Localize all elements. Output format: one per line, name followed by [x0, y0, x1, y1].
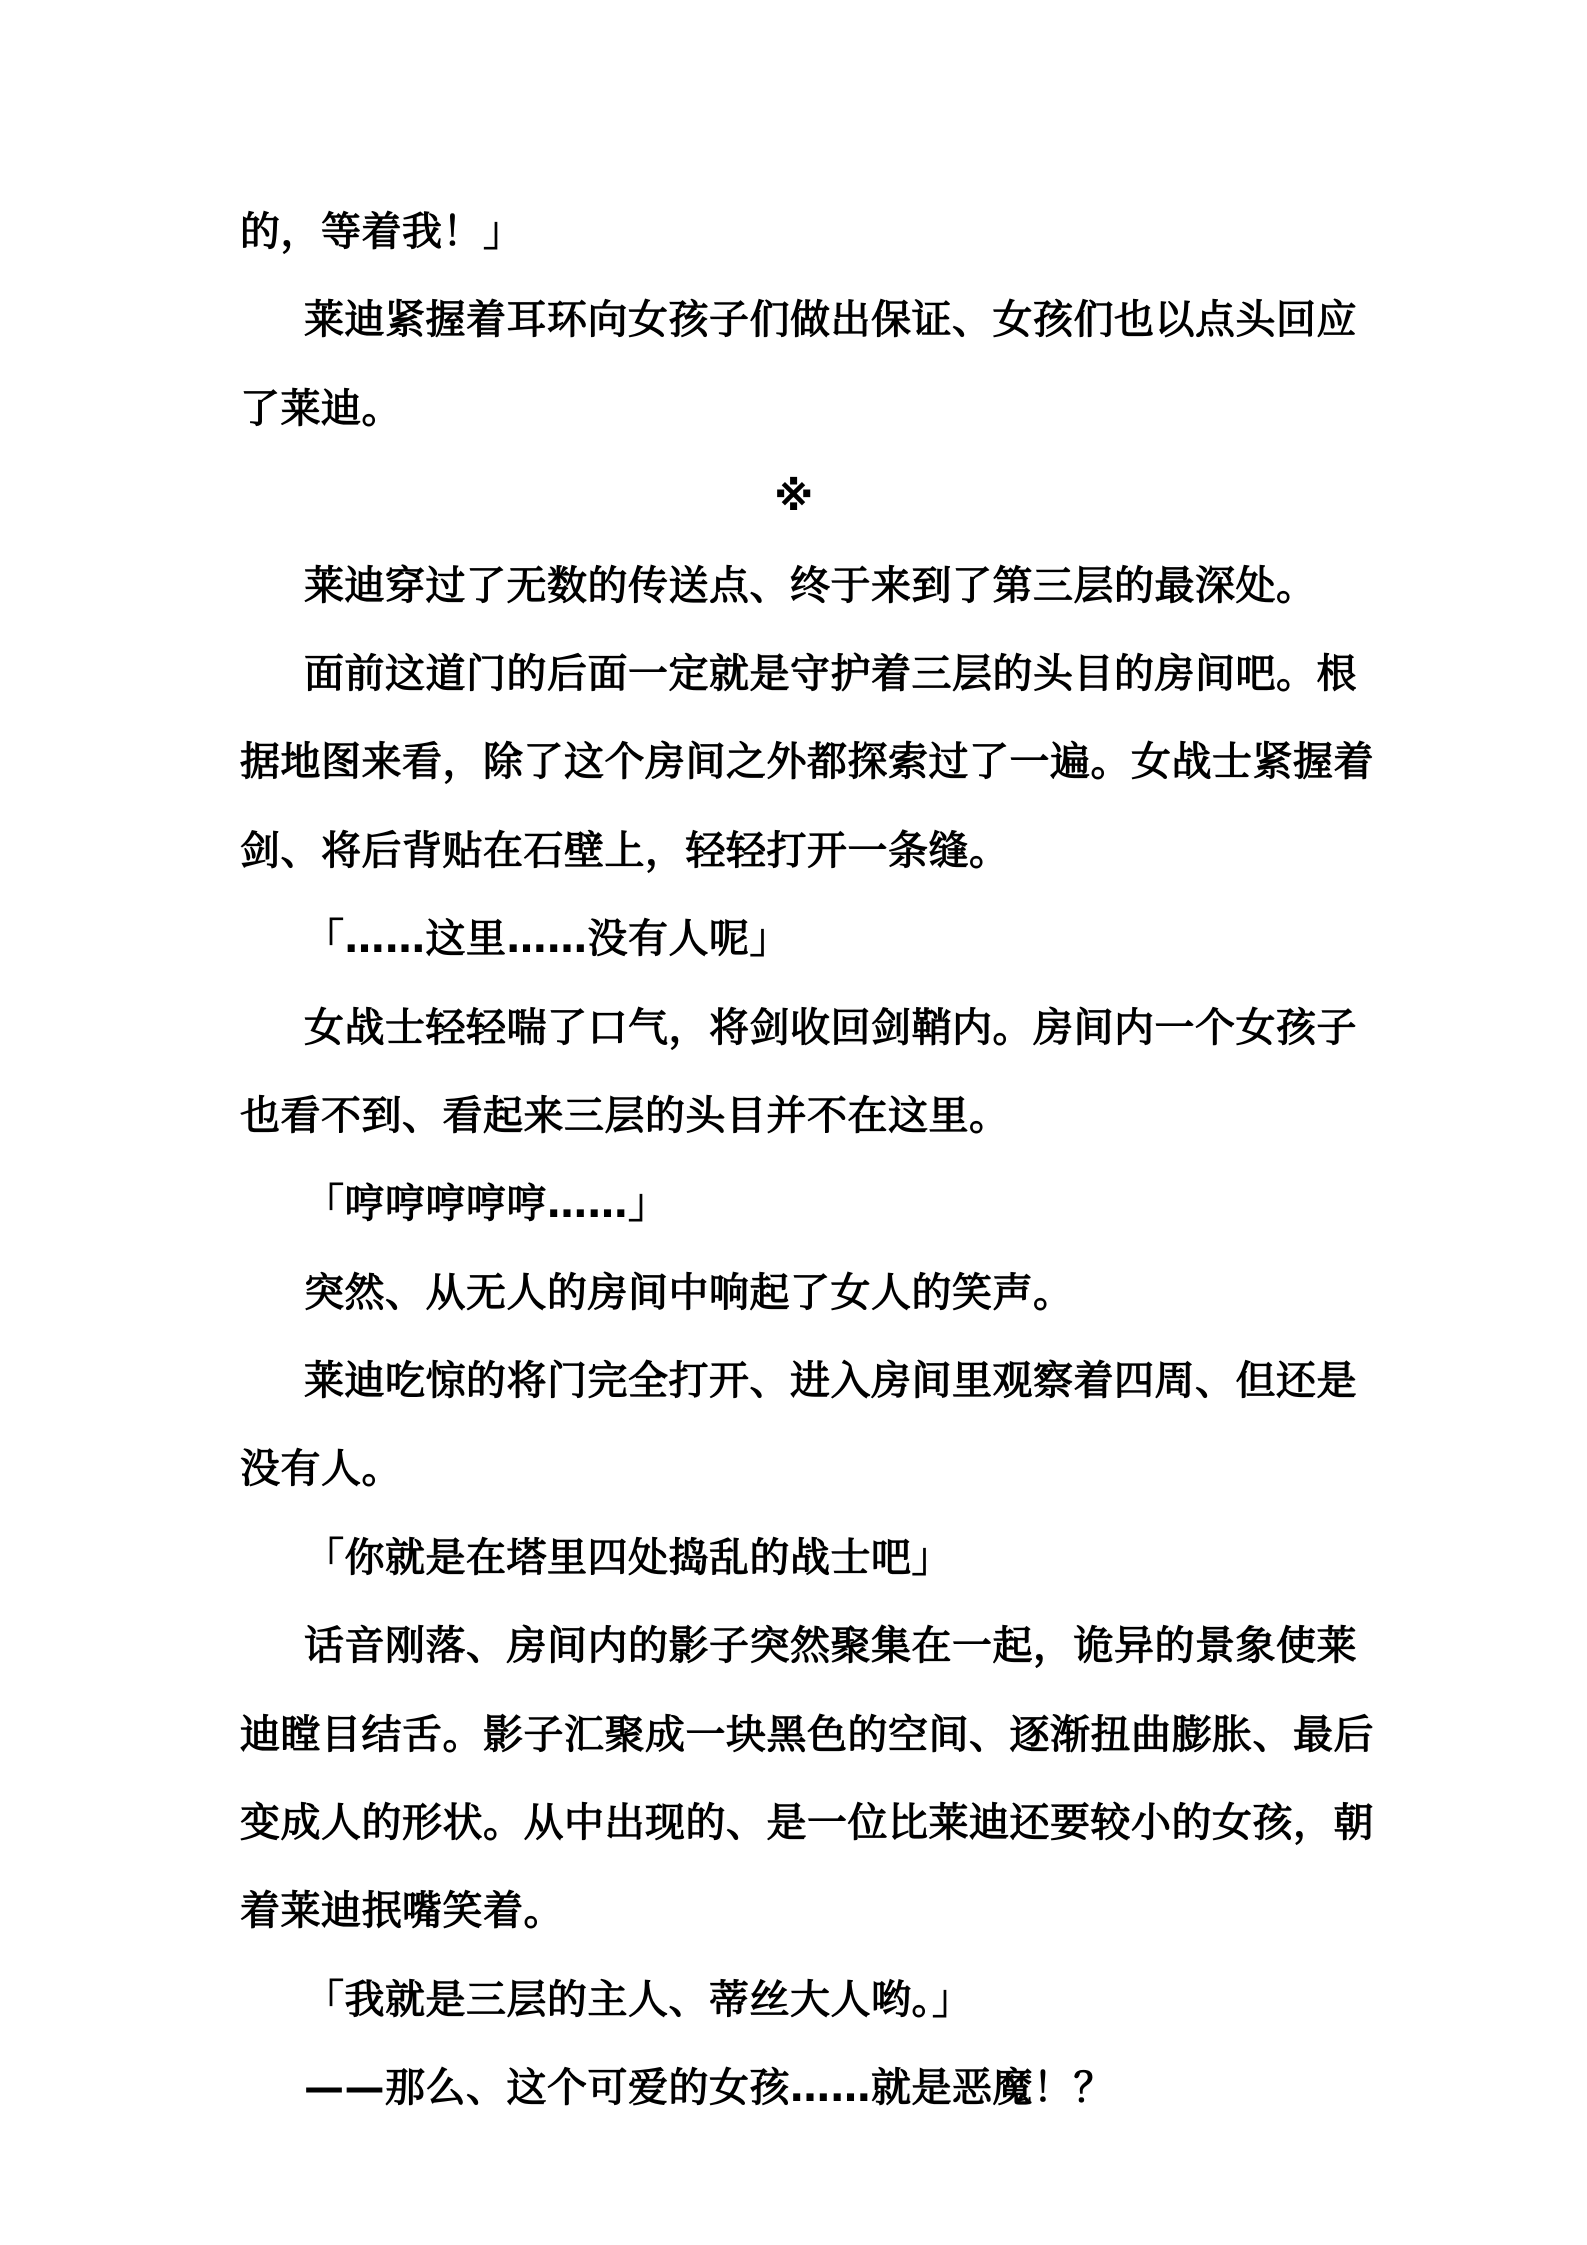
text-line: 「你就是在塔里四处捣乱的战士吧」: [240, 1514, 1348, 1602]
text-line: 据地图来看，除了这个房间之外都探索过了一遍。女战士紧握着: [240, 718, 1348, 806]
text-line: 突然、从无人的房间中响起了女人的笑声。: [240, 1249, 1348, 1337]
text-block: 的，等着我！」 莱迪紧握着耳环向女孩子们做出保证、女孩们也以点头回应 了莱迪。 …: [240, 188, 1348, 2133]
text-line: 面前这道门的后面一定就是守护着三层的头目的房间吧。根: [240, 630, 1348, 718]
text-line: 莱迪吃惊的将门完全打开、进入房间里观察着四周、但还是: [240, 1337, 1348, 1425]
text-line: 着莱迪抿嘴笑着。: [240, 1867, 1348, 1955]
text-line: 了莱迪。: [240, 365, 1348, 453]
text-line: 「哼哼哼哼哼……」: [240, 1160, 1348, 1248]
text-line: 莱迪穿过了无数的传送点、终于来到了第三层的最深处。: [240, 542, 1348, 630]
text-line: 「……这里……没有人呢」: [240, 895, 1348, 983]
text-line: 女战士轻轻喘了口气，将剑收回剑鞘内。房间内一个女孩子: [240, 984, 1348, 1072]
text-line: 的，等着我！」: [240, 188, 1348, 276]
text-line: 莱迪紧握着耳环向女孩子们做出保证、女孩们也以点头回应: [240, 276, 1348, 364]
text-line: 变成人的形状。从中出现的、是一位比莱迪还要较小的女孩，朝: [240, 1779, 1348, 1867]
text-line: 剑、将后背贴在石壁上，轻轻打开一条缝。: [240, 807, 1348, 895]
text-line: 话音刚落、房间内的影子突然聚集在一起，诡异的景象使莱: [240, 1602, 1348, 1690]
text-line: 也看不到、看起来三层的头目并不在这里。: [240, 1072, 1348, 1160]
document-page: 的，等着我！」 莱迪紧握着耳环向女孩子们做出保证、女孩们也以点头回应 了莱迪。 …: [0, 0, 1587, 2245]
text-line: ——那么、这个可爱的女孩……就是恶魔！？: [240, 2044, 1348, 2132]
text-line: 「我就是三层的主人、蒂丝大人哟。」: [240, 1956, 1348, 2044]
section-divider: ※: [240, 453, 1348, 541]
text-line: 没有人。: [240, 1425, 1348, 1513]
text-line: 迪瞠目结舌。影子汇聚成一块黑色的空间、逐渐扭曲膨胀、最后: [240, 1691, 1348, 1779]
